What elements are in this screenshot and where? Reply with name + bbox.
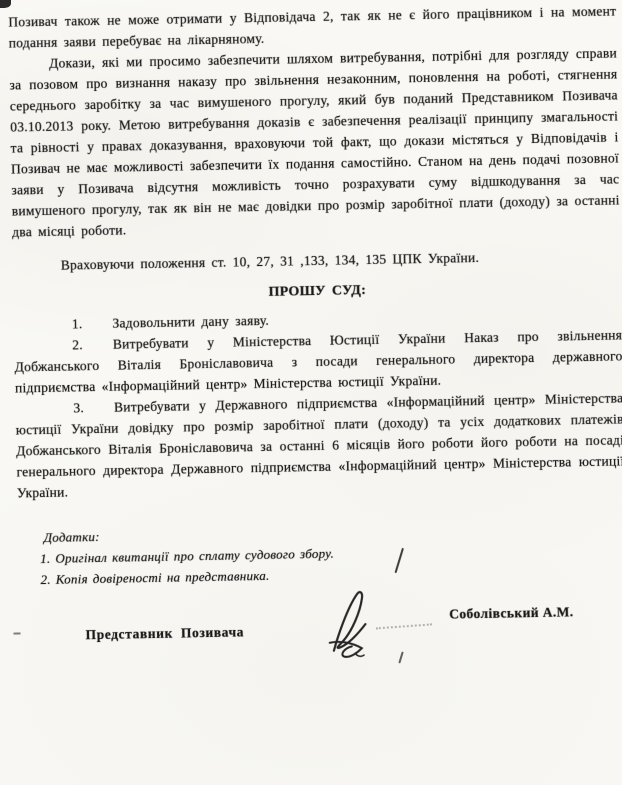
scanned-document-page: Позивач також не може отримати у Відпові… [0, 0, 622, 785]
attachments-block: Додатки: 1. Оригінал квитанції про сплат… [18, 516, 622, 590]
request-list: 1.Задовольнити дану заяву. 2.Витребувати… [14, 303, 622, 503]
signatory-name: Соболівський А.М. [449, 604, 574, 622]
signatory-role-label: Представник Позивача [85, 624, 244, 643]
law-reference-line: Враховуючи положення ст. 10, 27, 31 ,133… [13, 244, 621, 276]
document-content: Позивач також не може отримати у Відпові… [8, 0, 622, 674]
request-number-3: 3. [73, 400, 114, 416]
scan-stray-dash [14, 632, 21, 634]
request-item-3: 3.Витребувати у Державного підприємства … [15, 387, 622, 503]
petition-heading: ПРОШУ СУД: [13, 275, 621, 307]
request-item-2: 2.Витребувати у Міністерства Юстиції Укр… [14, 324, 622, 398]
paragraph-evidence-request: Докази, які ми просимо забезпечити шляхо… [9, 42, 620, 242]
request-number-1: 1. [72, 316, 113, 332]
signature-row: Представник Позивача Соболівський А.М. [19, 583, 622, 674]
request-text-1: Задовольнити дану заяву. [112, 313, 269, 331]
request-number-2: 2. [72, 337, 113, 353]
